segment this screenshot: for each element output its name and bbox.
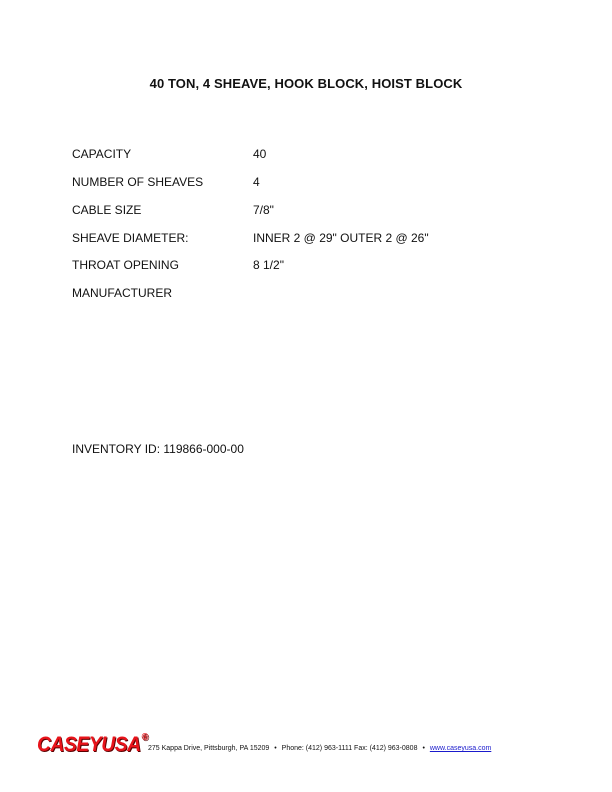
spec-value: INNER 2 @ 29" OUTER 2 @ 26" [253, 231, 429, 245]
spec-label: CAPACITY [72, 147, 131, 161]
bullet-separator: • [422, 745, 424, 752]
spec-value: 4 [253, 175, 260, 189]
spec-label: NUMBER OF SHEAVES [72, 175, 203, 189]
bullet-separator: • [274, 745, 276, 752]
logo-text: CASEYUSA [37, 733, 141, 756]
footer-contact: 275 Kappa Drive, Pittsburgh, PA 15209 • … [148, 745, 491, 752]
document-title: 40 TON, 4 SHEAVE, HOOK BLOCK, HOIST BLOC… [0, 76, 612, 91]
website-link[interactable]: www.caseyusa.com [430, 745, 491, 752]
registered-mark: ® [142, 732, 148, 743]
spec-label: THROAT OPENING [72, 258, 179, 272]
spec-label: CABLE SIZE [72, 203, 141, 217]
spec-value: 7/8" [253, 203, 274, 217]
spec-label: MANUFACTURER [72, 286, 172, 300]
spec-label: SHEAVE DIAMETER: [72, 231, 188, 245]
inventory-id: INVENTORY ID: 119866-000-00 [72, 442, 244, 456]
footer-address: 275 Kappa Drive, Pittsburgh, PA 15209 [148, 745, 269, 752]
footer-phone-fax: Phone: (412) 963-1111 Fax: (412) 963-080… [282, 745, 418, 752]
spec-value: 8 1/2" [253, 258, 284, 272]
caseyusa-logo: CASEYUSA® [37, 733, 148, 757]
footer: CASEYUSA® 275 Kappa Drive, Pittsburgh, P… [37, 733, 577, 757]
spec-value: 40 [253, 147, 266, 161]
